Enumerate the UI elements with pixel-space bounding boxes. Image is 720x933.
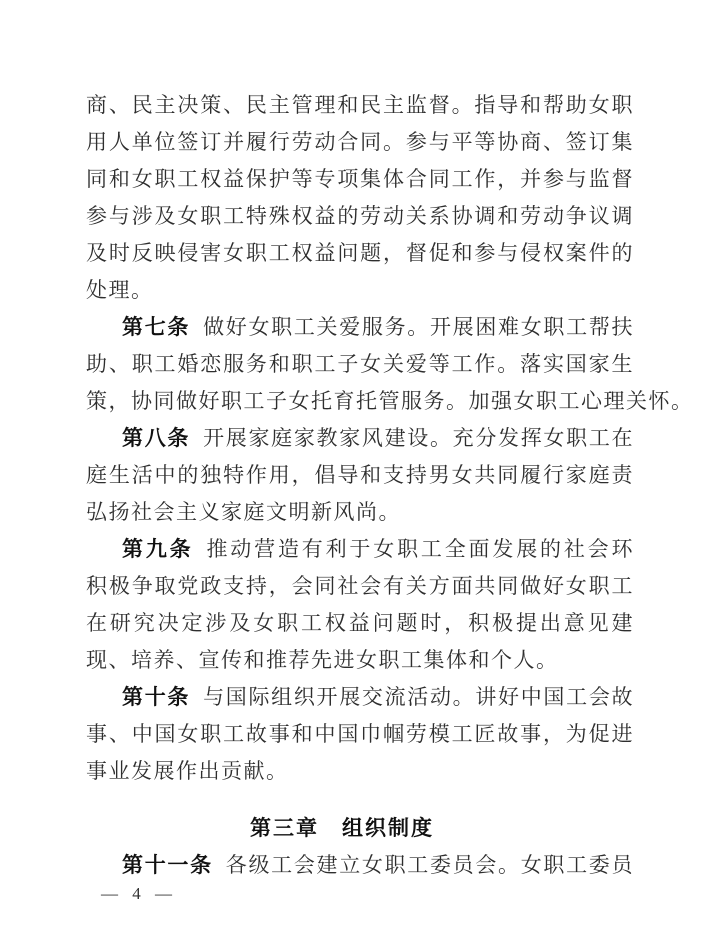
text-line: 商、民主决策、民主管理和民主监督。指导和帮助女职工与: [86, 87, 634, 124]
article-number-label: 第十一条: [122, 854, 213, 877]
text-line: 同和女职工权益保护等专项集体合同工作，并参与监督执行。: [86, 161, 634, 198]
text-line: 用人单位签订并履行劳动合同。参与平等协商、签订集体合: [86, 124, 634, 161]
article-number-label: 第十条: [122, 686, 190, 709]
text-line: 事、中国女职工故事和中国巾帼劳模工匠故事，为促进妇女: [86, 716, 634, 753]
text-line: 助、职工婚恋服务和职工子女关爱等工作。落实国家生育政: [86, 346, 634, 383]
text-line: 在研究决定涉及女职工权益问题时，积极提出意见建议。发: [86, 605, 634, 642]
text-line: 及时反映侵害女职工权益问题，督促和参与侵权案件的调查: [86, 235, 634, 272]
page-number: — 4 —: [101, 884, 177, 904]
text-line: 第十条与国际组织开展交流活动。讲好中国工会故: [86, 679, 634, 716]
article-number-label: 第九条: [122, 538, 193, 561]
text-line: 第八条开展家庭家教家风建设。充分发挥女职工在家: [86, 420, 634, 457]
text-line: 第九条推动营造有利于女职工全面发展的社会环境。: [86, 531, 634, 568]
text-line: 事业发展作出贡献。: [86, 753, 634, 790]
text-line: 庭生活中的独特作用，倡导和支持男女共同履行家庭责任，: [86, 457, 634, 494]
article-number-label: 第八条: [122, 427, 190, 450]
text-line: 弘扬社会主义家庭文明新风尚。: [86, 494, 634, 531]
text-line: 积极争取党政支持，会同社会有关方面共同做好女职工工作。: [86, 568, 634, 605]
text-line: 处理。: [86, 272, 634, 309]
article-number-label: 第七条: [122, 316, 190, 339]
chapter-heading: 第三章 组织制度: [68, 810, 616, 847]
text-line: 第七条做好女职工关爱服务。开展困难女职工帮扶救: [86, 309, 634, 346]
text-line: 第十一条各级工会建立女职工委员会。女职工委员会: [86, 847, 634, 884]
text-line: 参与涉及女职工特殊权益的劳动关系协调和劳动争议调解，: [86, 198, 634, 235]
document-page: 商、民主决策、民主管理和民主监督。指导和帮助女职工与用人单位签订并履行劳动合同。…: [0, 0, 720, 933]
document-body: 商、民主决策、民主管理和民主监督。指导和帮助女职工与用人单位签订并履行劳动合同。…: [86, 87, 634, 884]
text-line: 现、培养、宣传和推荐先进女职工集体和个人。: [86, 642, 634, 679]
text-line: 策，协同做好职工子女托育托管服务。加强女职工心理关怀。: [86, 383, 634, 420]
